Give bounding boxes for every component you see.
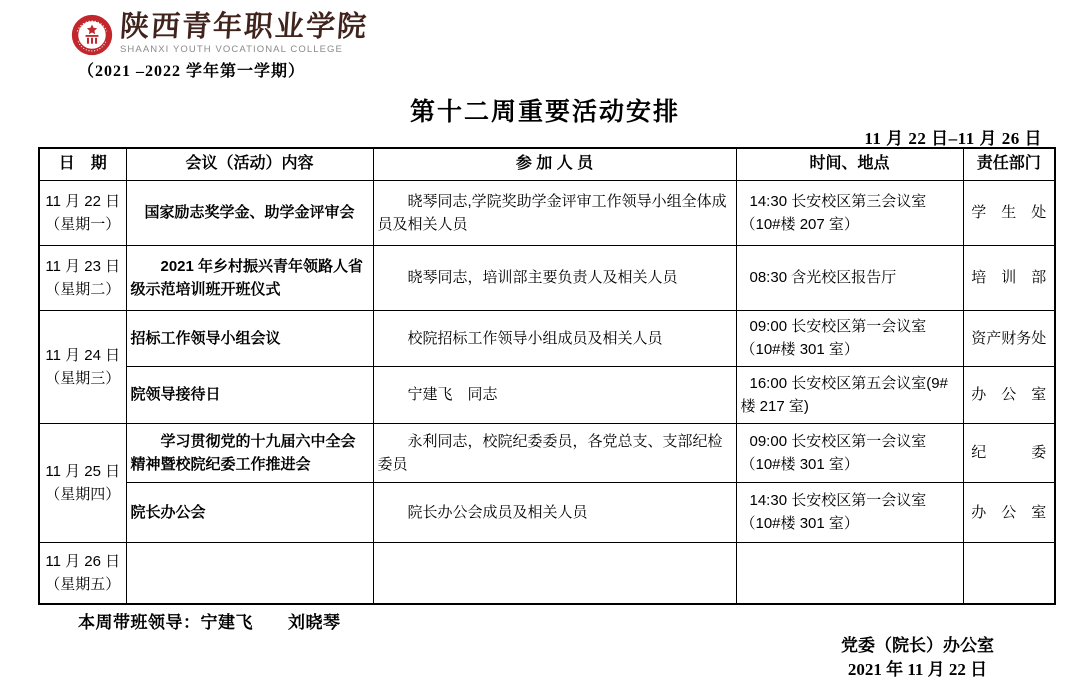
issue-date: 2021 年 11 月 22 日: [841, 658, 994, 682]
college-name-calligraphy: 陕西青年职业学院: [119, 12, 369, 42]
date-cell: 11 月 23 日 （星期二）: [39, 245, 126, 310]
semester-label: （2021 –2022 学年第一学期）: [78, 58, 305, 81]
content-cell: 国家励志奖学金、助学金评审会: [126, 180, 373, 245]
document-page: 陕西青年职业学院 SHAANXI YOUTH VOCATIONAL COLLEG…: [0, 0, 1090, 683]
participants-cell: 院长办公会成员及相关人员: [373, 482, 736, 542]
table-row: 院长办公会 院长办公会成员及相关人员 14:30 长安校区第一会议室（10#楼 …: [39, 482, 1055, 542]
college-name-english: SHAANXI YOUTH VOCATIONAL COLLEGE: [120, 44, 368, 55]
content-cell: 院长办公会: [126, 482, 373, 542]
time-place-cell: 09:00 长安校区第一会议室（10#楼 301 室）: [736, 310, 963, 366]
week-leaders-label: 本周带班领导：宁建飞 刘晓琴: [78, 608, 341, 633]
content-cell: 学习贯彻党的十九届六中全会精神暨校院纪委工作推进会: [126, 423, 373, 482]
participants-cell: 校院招标工作领导小组成员及相关人员: [373, 310, 736, 366]
col-header-date: 日 期: [39, 148, 126, 180]
col-header-time-place: 时间、地点: [736, 148, 963, 180]
weekday-line: （星期四）: [44, 483, 122, 506]
weekday-line: （星期一）: [44, 213, 122, 236]
department-cell: 培 训 部: [963, 245, 1055, 310]
college-name-block: 陕西青年职业学院 SHAANXI YOUTH VOCATIONAL COLLEG…: [120, 12, 368, 55]
time-place-cell: 09:00 长安校区第一会议室（10#楼 301 室）: [736, 423, 963, 482]
department-cell: 学 生 处: [963, 180, 1055, 245]
weekday-line: （星期五）: [44, 573, 122, 596]
page-title: 第十二周重要活动安排: [0, 92, 1090, 128]
participants-cell: 晓琴同志,学院奖助学金评审工作领导小组全体成员及相关人员: [373, 180, 736, 245]
weekday-line: （星期三）: [44, 367, 122, 390]
col-header-content: 会议（活动）内容: [126, 148, 373, 180]
participants-cell: 晓琴同志，培训部主要负责人及相关人员: [373, 245, 736, 310]
col-header-department: 责任部门: [963, 148, 1055, 180]
participants-cell: 永利同志，校院纪委委员，各党总支、支部纪检委员: [373, 423, 736, 482]
table-row: 院领导接待日 宁建飞 同志 16:00 长安校区第五会议室(9#楼 217 室)…: [39, 366, 1055, 423]
time-place-cell: [736, 542, 963, 604]
date-line: 11 月 24 日: [44, 344, 122, 367]
table-row: 11 月 22 日 （星期一） 国家励志奖学金、助学金评审会 晓琴同志,学院奖助…: [39, 180, 1055, 245]
department-cell: 纪 委: [963, 423, 1055, 482]
col-header-participants: 参 加 人 员: [373, 148, 736, 180]
participants-cell: 宁建飞 同志: [373, 366, 736, 423]
date-cell: 11 月 22 日 （星期一）: [39, 180, 126, 245]
date-cell: 11 月 26 日 （星期五）: [39, 542, 126, 604]
department-cell: [963, 542, 1055, 604]
college-seal-icon: [70, 13, 114, 57]
table-row: 11 月 25 日 （星期四） 学习贯彻党的十九届六中全会精神暨校院纪委工作推进…: [39, 423, 1055, 482]
content-cell: 招标工作领导小组会议: [126, 310, 373, 366]
date-cell: 11 月 25 日 （星期四）: [39, 423, 126, 542]
date-line: 11 月 25 日: [44, 460, 122, 483]
time-place-cell: 08:30 含光校区报告厅: [736, 245, 963, 310]
college-logo: 陕西青年职业学院 SHAANXI YOUTH VOCATIONAL COLLEG…: [70, 12, 368, 57]
time-place-cell: 14:30 长安校区第一会议室（10#楼 301 室）: [736, 482, 963, 542]
department-cell: 办 公 室: [963, 366, 1055, 423]
content-cell: 2021 年乡村振兴青年领路人省级示范培训班开班仪式: [126, 245, 373, 310]
date-line: 11 月 26 日: [44, 550, 122, 573]
week-date-range: 11 月 22 日–11 月 26 日: [864, 124, 1042, 149]
participants-cell: [373, 542, 736, 604]
department-cell: 资产财务处: [963, 310, 1055, 366]
date-line: 11 月 22 日: [44, 190, 122, 213]
content-cell: 院领导接待日: [126, 366, 373, 423]
table-row: 11 月 26 日 （星期五）: [39, 542, 1055, 604]
time-place-cell: 14:30 长安校区第三会议室（10#楼 207 室）: [736, 180, 963, 245]
schedule-table: 日 期 会议（活动）内容 参 加 人 员 时间、地点 责任部门 11 月 22 …: [38, 147, 1056, 605]
table-row: 11 月 23 日 （星期二） 2021 年乡村振兴青年领路人省级示范培训班开班…: [39, 245, 1055, 310]
time-place-cell: 16:00 长安校区第五会议室(9#楼 217 室): [736, 366, 963, 423]
table-row: 11 月 24 日 （星期三） 招标工作领导小组会议 校院招标工作领导小组成员及…: [39, 310, 1055, 366]
date-cell: 11 月 24 日 （星期三）: [39, 310, 126, 423]
content-cell: [126, 542, 373, 604]
weekday-line: （星期二）: [44, 278, 122, 301]
department-cell: 办 公 室: [963, 482, 1055, 542]
signature-block: 党委（院长）办公室 2021 年 11 月 22 日: [841, 634, 994, 682]
date-line: 11 月 23 日: [44, 255, 122, 278]
issuing-office: 党委（院长）办公室: [841, 634, 994, 658]
